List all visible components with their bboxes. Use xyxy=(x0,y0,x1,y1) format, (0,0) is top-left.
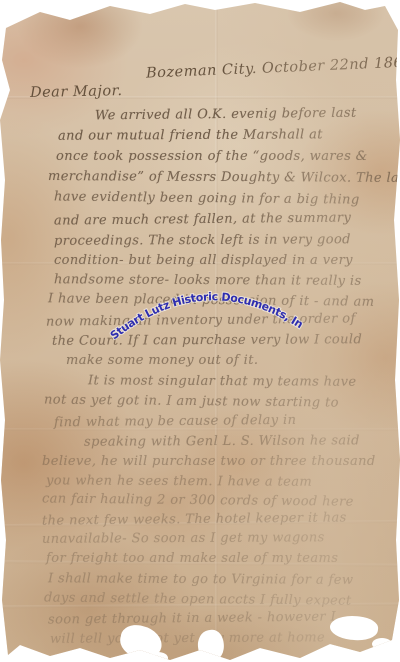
letter-line: have evidently been going in for a big t… xyxy=(54,189,360,207)
letter-line: now making an inventory under the order … xyxy=(46,311,356,329)
letter-line: for freight too and make sale of my team… xyxy=(46,551,338,566)
letter-line: condition- but being all displayed in a … xyxy=(54,253,353,268)
letter-line: can fair hauling 2 or 300 cords of wood … xyxy=(42,491,354,509)
letter-line: and our mutual friend the Marshall at xyxy=(58,127,323,143)
letter-dateline: Bozeman City. October 22nd 1869 xyxy=(146,54,400,81)
paper-tear-hole xyxy=(117,622,165,662)
letter-line: speaking with Genl L. S. Wilson he said xyxy=(84,433,360,449)
letter-line: proceedings. The stock left is in very g… xyxy=(54,232,351,249)
letter-line: believe, he will purchase two or three t… xyxy=(42,454,376,469)
letter-salutation: Dear Major. xyxy=(30,83,123,101)
scan-background: Bozeman City. October 22nd 1869 Dear Maj… xyxy=(0,0,400,662)
letter-line: you when he sees them. I have a team xyxy=(46,473,312,489)
letter-line: It is most singular that my teams have xyxy=(88,373,357,389)
letter-line: handsome store- looks more than it reall… xyxy=(54,272,362,289)
letter-line: and are much crest fallen, at the summar… xyxy=(54,210,351,228)
letter-line: not as yet got in. I am just now startin… xyxy=(44,392,339,410)
letter-line: I shall make time to go to Virginia for … xyxy=(48,571,353,588)
letter-line: make some money out of it. xyxy=(66,353,258,368)
letter-line: the next few weeks. The hotel keeper it … xyxy=(42,510,347,528)
letter-paper: Bozeman City. October 22nd 1869 Dear Maj… xyxy=(0,0,400,662)
letter-line: will tell you I not yet any more at home xyxy=(50,630,325,646)
letter-line: find what may be cause of delay in xyxy=(54,413,296,431)
letter-line: unavailable- So soon as I get my wagons xyxy=(42,530,325,546)
letter-line: I have been placed in possession of it -… xyxy=(48,291,375,309)
paper-tear-hole xyxy=(148,652,168,662)
letter-line: soon get through it in a week - however … xyxy=(48,609,336,627)
paper-tear-hole xyxy=(329,614,379,643)
paper-tear-hole xyxy=(372,638,392,650)
letter-line: merchandise” of Messrs Doughty & Wilcox.… xyxy=(48,169,400,186)
letter-line: once took possession of the “goods, ware… xyxy=(56,149,368,164)
letter-line: We arrived all O.K. evenig before last xyxy=(95,106,357,124)
letter-line: days and settle the open accts I fully e… xyxy=(44,590,352,608)
letter-line: the Court. If I can purchase very low I … xyxy=(52,332,362,349)
